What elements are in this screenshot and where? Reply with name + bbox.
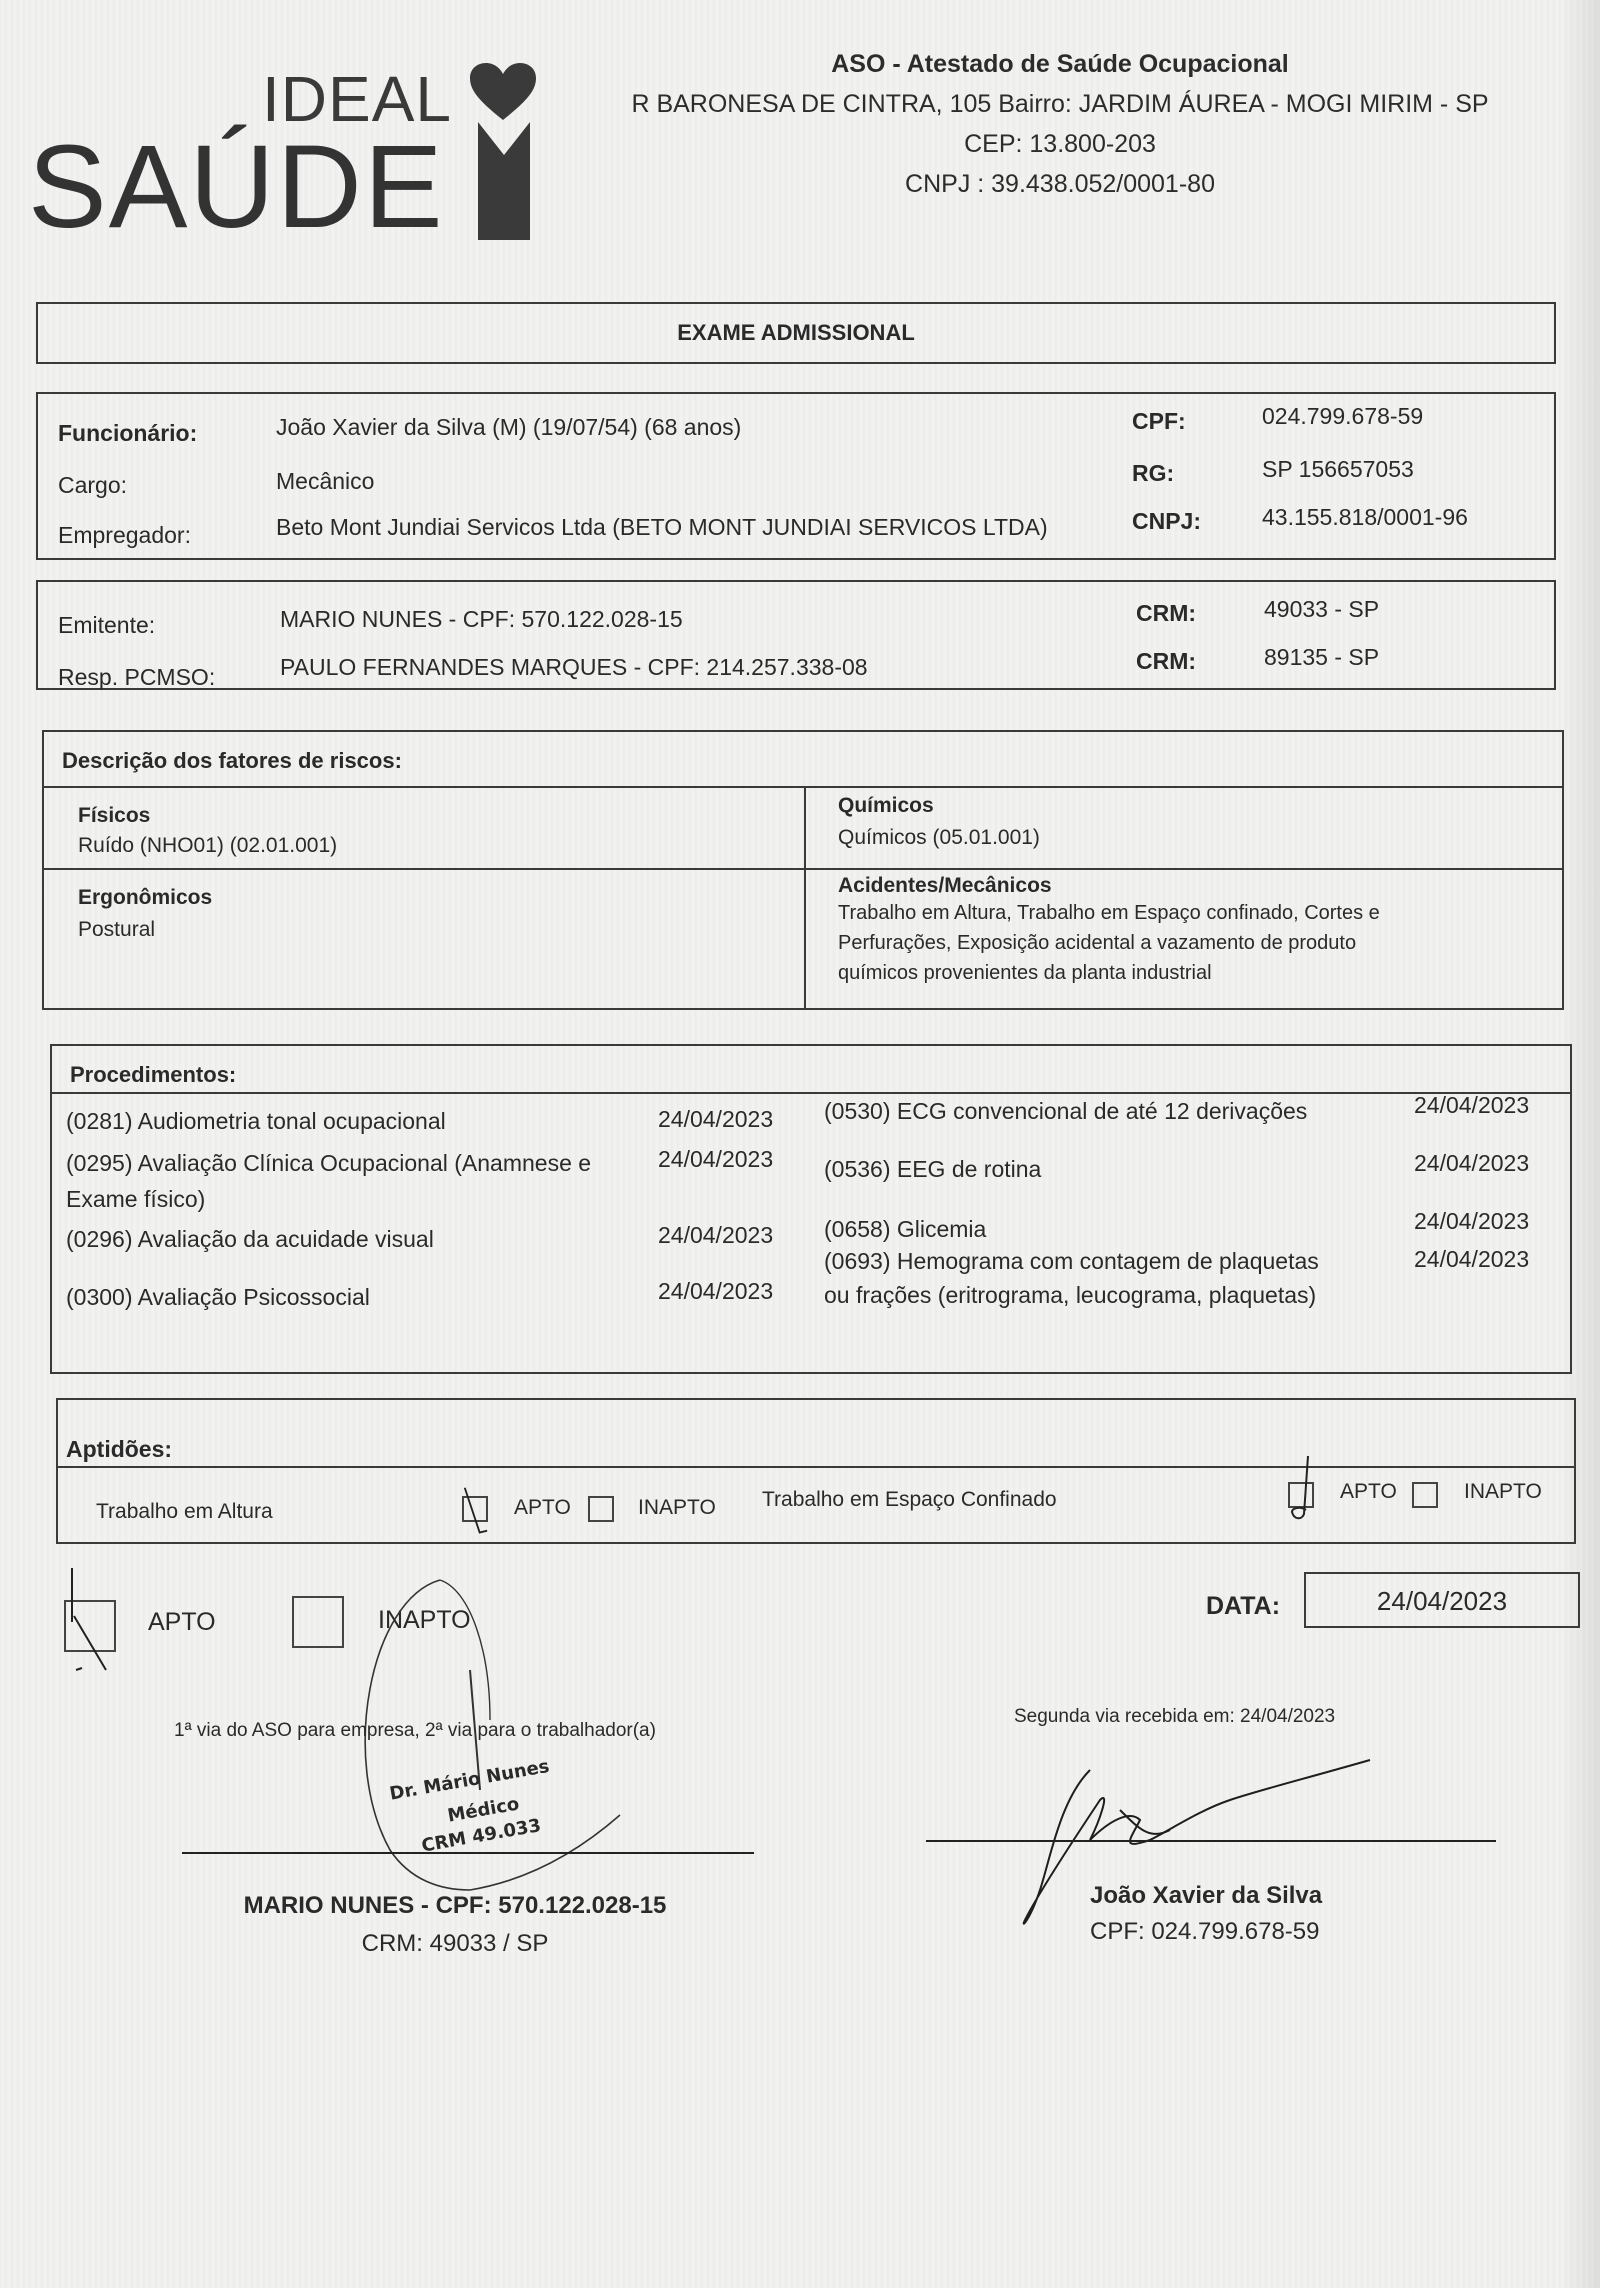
procedure-item-cont: ou frações (eritrograma, leucograma, pla…	[824, 1280, 1316, 1311]
trabalho-altura-inapto-label: INAPTO	[638, 1496, 716, 1520]
pen-check-icon	[62, 1566, 122, 1686]
pen-check-icon	[1282, 1454, 1322, 1524]
procedure-date: 24/04/2023	[1414, 1206, 1529, 1237]
clinic-cnpj: CNPJ : 39.438.052/0001-80	[600, 170, 1520, 199]
person-figure-icon	[478, 122, 530, 240]
procedure-date: 24/04/2023	[658, 1144, 773, 1175]
cargo-value: Mecânico	[276, 468, 374, 495]
risk-factors-title: Descrição dos fatores de riscos:	[62, 748, 402, 774]
result-apto-label: APTO	[148, 1608, 216, 1637]
procedure-date: 24/04/2023	[1414, 1244, 1529, 1275]
doctor-name: MARIO NUNES - CPF: 570.122.028-15	[100, 1892, 810, 1920]
exam-type: EXAME ADMISSIONAL	[36, 320, 1556, 346]
heart-icon	[468, 62, 538, 122]
trabalho-altura-label: Trabalho em Altura	[96, 1500, 273, 1524]
procedure-item-cont: Exame físico)	[66, 1184, 205, 1215]
document-title: ASO - Atestado de Saúde Ocupacional	[600, 50, 1520, 79]
espaco-confinado-label: Trabalho em Espaço Confinado	[762, 1488, 1057, 1512]
procedure-date: 24/04/2023	[658, 1276, 773, 1307]
emitente-value: MARIO NUNES - CPF: 570.122.028-15	[280, 606, 683, 633]
worker-name: João Xavier da Silva	[1090, 1882, 1322, 1910]
procedures-title: Procedimentos:	[70, 1062, 236, 1088]
logo-saude-text: SAÚDE	[28, 128, 445, 246]
trabalho-altura-apto-label: APTO	[514, 1496, 571, 1520]
aptidoes-title: Aptidões:	[66, 1436, 172, 1463]
cnpj-value: 43.155.818/0001-96	[1262, 504, 1468, 531]
acidentes-line-1: Trabalho em Altura, Trabalho em Espaço c…	[838, 902, 1380, 925]
espaco-confinado-inapto-checkbox[interactable]	[1412, 1482, 1438, 1508]
empregador-value: Beto Mont Jundiai Servicos Ltda (BETO MO…	[276, 514, 1048, 541]
pen-check-icon	[458, 1484, 492, 1540]
fisicos-title: Físicos	[78, 804, 150, 828]
trabalho-altura-inapto-checkbox[interactable]	[588, 1496, 614, 1522]
procedure-date: 24/04/2023	[1414, 1148, 1529, 1179]
procedure-item: (0693) Hemograma com contagem de plaquet…	[824, 1246, 1319, 1277]
doctor-crm: CRM: 49033 / SP	[100, 1930, 810, 1958]
cargo-label: Cargo:	[58, 472, 127, 499]
espaco-confinado-inapto-label: INAPTO	[1464, 1480, 1542, 1504]
crm1-label: CRM:	[1136, 600, 1196, 627]
rg-label: RG:	[1132, 460, 1174, 487]
crm2-label: CRM:	[1136, 648, 1196, 675]
procedure-item: (0295) Avaliação Clínica Ocupacional (An…	[66, 1148, 591, 1179]
quimicos-value: Químicos (05.01.001)	[838, 826, 1040, 850]
divider	[42, 786, 1564, 788]
funcionario-label: Funcionário:	[58, 420, 197, 447]
vias-note: 1ª via do ASO para empresa, 2ª via para …	[174, 1720, 656, 1742]
empregador-label: Empregador:	[58, 522, 191, 549]
procedure-item: (0281) Audiometria tonal ocupacional	[66, 1106, 446, 1137]
crm1-value: 49033 - SP	[1264, 596, 1379, 623]
clinic-address: R BARONESA DE CINTRA, 105 Bairro: JARDIM…	[600, 90, 1520, 119]
acidentes-line-3: químicos provenientes da planta industri…	[838, 962, 1212, 985]
cnpj-label: CNPJ:	[1132, 508, 1201, 535]
worker-signature-line	[926, 1840, 1496, 1842]
acidentes-title: Acidentes/Mecânicos	[838, 874, 1052, 898]
second-copy-received: Segunda via recebida em: 24/04/2023	[1014, 1706, 1335, 1728]
divider	[42, 868, 1564, 870]
aptidoes-box	[56, 1398, 1576, 1544]
cpf-value: 024.799.678-59	[1262, 403, 1423, 430]
procedure-date: 24/04/2023	[658, 1220, 773, 1251]
procedure-date: 24/04/2023	[1414, 1090, 1529, 1121]
divider	[50, 1092, 1572, 1094]
acidentes-line-2: Perfurações, Exposição acidental a vazam…	[838, 932, 1356, 955]
resp-pcmso-value: PAULO FERNANDES MARQUES - CPF: 214.257.3…	[280, 654, 868, 681]
procedure-date: 24/04/2023	[658, 1104, 773, 1135]
clinic-cep: CEP: 13.800-203	[600, 130, 1520, 159]
procedure-item: (0658) Glicemia	[824, 1214, 986, 1245]
scanned-document-page: IDEAL SAÚDE ASO - Atestado de Saúde Ocup…	[0, 0, 1600, 2288]
divider	[804, 786, 806, 1010]
date-label: DATA:	[1206, 1592, 1280, 1621]
date-value: 24/04/2023	[1304, 1586, 1580, 1617]
emitente-label: Emitente:	[58, 612, 155, 639]
ergonomicos-title: Ergonômicos	[78, 886, 212, 910]
doctor-signature-line	[182, 1852, 754, 1854]
espaco-confinado-apto-checkbox[interactable]	[1288, 1482, 1314, 1508]
ergonomicos-value: Postural	[78, 918, 155, 942]
cpf-label: CPF:	[1132, 408, 1186, 435]
funcionario-value: João Xavier da Silva (M) (19/07/54) (68 …	[276, 414, 741, 441]
procedure-item: (0296) Avaliação da acuidade visual	[66, 1224, 434, 1255]
procedure-item: (0536) EEG de rotina	[824, 1154, 1041, 1185]
divider	[56, 1466, 1576, 1468]
espaco-confinado-apto-label: APTO	[1340, 1480, 1397, 1504]
procedure-item: (0300) Avaliação Psicossocial	[66, 1282, 370, 1313]
worker-cpf: CPF: 024.799.678-59	[1090, 1918, 1320, 1946]
rg-value: SP 156657053	[1262, 456, 1414, 483]
procedure-item: (0530) ECG convencional de até 12 deriva…	[824, 1096, 1307, 1127]
trabalho-altura-apto-checkbox[interactable]	[462, 1496, 488, 1522]
resp-pcmso-label: Resp. PCMSO:	[58, 664, 215, 691]
fisicos-value: Ruído (NHO01) (02.01.001)	[78, 834, 337, 858]
crm2-value: 89135 - SP	[1264, 644, 1379, 671]
quimicos-title: Químicos	[838, 794, 934, 818]
